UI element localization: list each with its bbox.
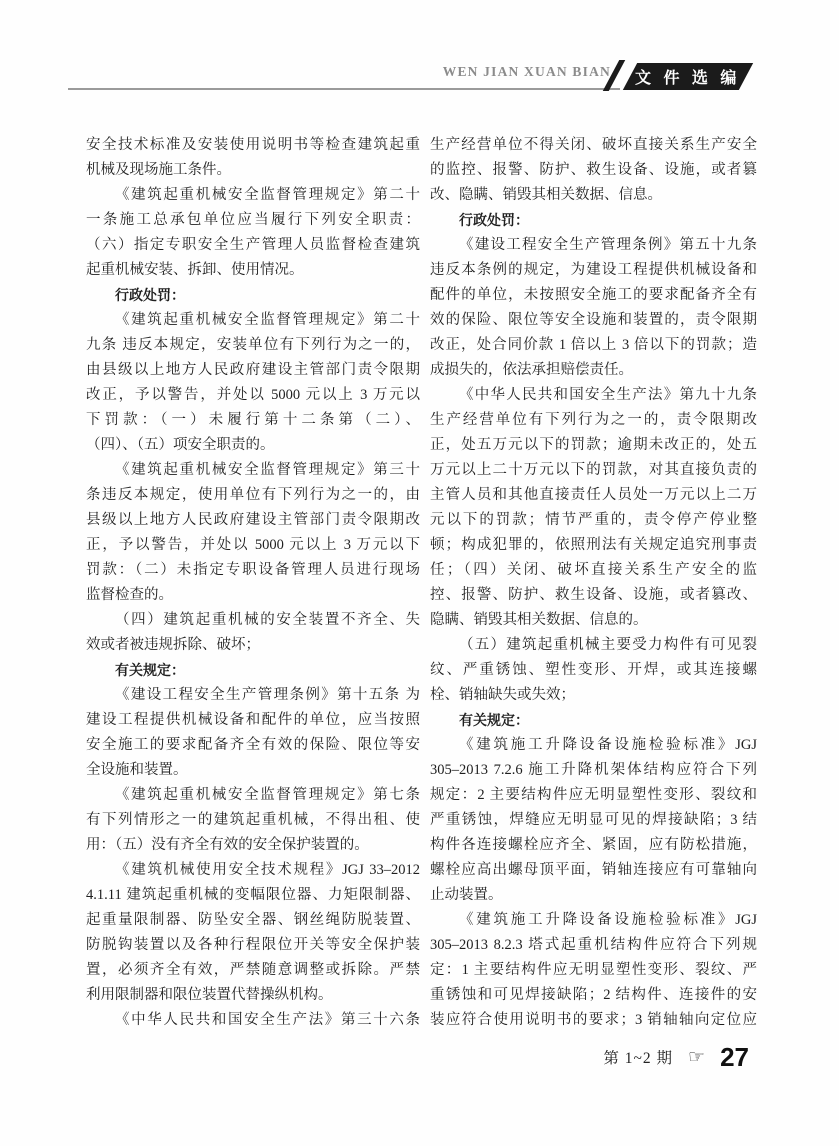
text-line: （四）建筑起重机械的安全装置不齐全、失 <box>86 608 420 633</box>
text-line: 顿；构成犯罪的，依照刑法有关规定追究刑事责 <box>430 533 757 558</box>
header-rule <box>68 88 620 90</box>
text-line: 严重锈蚀，焊缝应无明显可见的焊接缺陷；3 结 <box>430 808 757 833</box>
text-line: 起重量限制器、防坠安全器、钢丝绳防脱装置、 <box>86 908 420 933</box>
text-line: 《建筑起重机械安全监督管理规定》第七条 <box>86 783 420 808</box>
text-line: 《中华人民共和国安全生产法》第三十六条 <box>86 1008 420 1033</box>
text-line: 利用限制器和限位装置代替操纵机构。 <box>86 983 420 1008</box>
text-line: 县级以上地方人民政府建设主管部门责令限期改 <box>86 508 420 533</box>
text-line: 《建筑施工升降设备设施检验标准》JGJ <box>430 908 757 933</box>
text-line: 起重机械安装、拆卸、使用情况。 <box>86 258 420 283</box>
text-line: 构件各连接螺栓应齐全、紧固，应有防松措施， <box>430 833 757 858</box>
text-line: 效的保险、限位等安全设施和装置的，责令限期 <box>430 308 757 333</box>
text-line: 生产经营单位有下列行为之一的，责令限期改 <box>430 408 757 433</box>
text-line: 用：（五）没有齐全有效的安全保护装置的。 <box>86 833 420 858</box>
text-line: 隐瞒、销毁其相关数据、信息的。 <box>430 608 757 633</box>
text-line: 规定：2 主要结构件应无明显塑性变形、裂纹和 <box>430 783 757 808</box>
page-number: 27 <box>720 1044 749 1070</box>
text-line: 条违反本规定，使用单位有下列行为之一的，由 <box>86 483 420 508</box>
text-line: 改正，处合同价款 1 倍以上 3 倍以下的罚款；造 <box>430 333 757 358</box>
section-heading: 行政处罚： <box>86 283 420 308</box>
text-line: 安全施工的要求配备齐全有效的保险、限位等安 <box>86 733 420 758</box>
text-line: 成损失的，依法承担赔偿责任。 <box>430 358 757 383</box>
text-line: 监督检查的。 <box>86 583 420 608</box>
text-line: 安全技术标准及安装使用说明书等检查建筑起重 <box>86 133 420 158</box>
header-badge-label: 文 件 选 编 <box>635 65 740 88</box>
text-line: 重锈蚀和可见焊接缺陷；2 结构件、连接件的安 <box>430 983 757 1008</box>
text-line: （六）指定专职安全生产管理人员监督检查建筑 <box>86 233 420 258</box>
text-line: 的监控、报警、防护、救生设备、设施，或者篡 <box>430 158 757 183</box>
text-line: 违反本条例的规定，为建设工程提供机械设备和 <box>430 258 757 283</box>
text-line: 九条 违反本规定，安装单位有下列行为之一的， <box>86 333 420 358</box>
section-heading: 有关规定： <box>430 708 757 733</box>
text-line: 主管人员和其他直接责任人员处一万元以上二万 <box>430 483 757 508</box>
text-line: 栓、销轴缺失或失效； <box>430 683 757 708</box>
text-line: 由县级以上地方人民政府建设主管部门责令限期 <box>86 358 420 383</box>
text-line: 螺栓应高出螺母顶平面，销轴连接应有可靠轴向 <box>430 858 757 883</box>
text-line: 一条施工总承包单位应当履行下列安全职责： <box>86 208 420 233</box>
document-page: WEN JIAN XUAN BIAN 文 件 选 编 安全技术标准及安装使用说明… <box>0 0 839 1146</box>
text-line: 改正，予以警告，并处以 5000 元以上 3 万元以 <box>86 383 420 408</box>
text-line: 305–2013 8.2.3 塔式起重机结构件应符合下列规 <box>430 933 757 958</box>
text-line: 定：1 主要结构件应无明显塑性变形、裂纹、严 <box>430 958 757 983</box>
text-line: 元以下的罚款；情节严重的，责令停产停业整 <box>430 508 757 533</box>
pointing-hand-icon: ☞ <box>688 1048 705 1067</box>
issue-label: 第 1~2 期 <box>603 1046 673 1068</box>
text-line: 正，处五万元以下的罚款；逾期未改正的，处五 <box>430 433 757 458</box>
text-line: 《建设工程安全生产管理条例》第十五条 为 <box>86 683 420 708</box>
text-line: 有下列情形之一的建筑起重机械，不得出租、使 <box>86 808 420 833</box>
text-line: 罚款：（二）未指定专职设备管理人员进行现场 <box>86 558 420 583</box>
text-line: 装应符合使用说明书的要求；3 销轴轴向定位应 <box>430 1008 757 1033</box>
text-line: 万元以上二十万元以下的罚款，对其直接负责的 <box>430 458 757 483</box>
text-line: 《建筑机械使用安全技术规程》JGJ 33–2012 <box>86 858 420 883</box>
text-line: 配件的单位，未按照安全施工的要求配备齐全有 <box>430 283 757 308</box>
text-line: 控、报警、防护、救生设备、设施，或者篡改、 <box>430 583 757 608</box>
text-line: 4.1.11 建筑起重机械的变幅限位器、力矩限制器、 <box>86 883 420 908</box>
text-line: （五）建筑起重机械主要受力构件有可见裂 <box>430 633 757 658</box>
text-line: 《建筑起重机械安全监督管理规定》第三十 <box>86 458 420 483</box>
header-section-badge: 文 件 选 编 <box>623 63 753 90</box>
text-line: 正，予以警告，并处以 5000 元以上 3 万元以下 <box>86 533 420 558</box>
text-line: （四）、（五）项安全职责的。 <box>86 433 420 458</box>
text-line: 下罚款：（一）未履行第十二条第（二）、 <box>86 408 420 433</box>
text-line: 《建筑起重机械安全监督管理规定》第二十 <box>86 183 420 208</box>
text-line: 全设施和装置。 <box>86 758 420 783</box>
text-line: 《建筑起重机械安全监督管理规定》第二十 <box>86 308 420 333</box>
text-line: 防脱钩装置以及各种行程限位开关等安全保护装 <box>86 933 420 958</box>
text-column-right: 生产经营单位不得关闭、破坏直接关系生产安全的监控、报警、防护、救生设备、设施，或… <box>430 133 757 1033</box>
page-footer: 第 1~2 期 ☞ 27 <box>603 1044 749 1070</box>
text-line: 纹、严重锈蚀、塑性变形、开焊，或其连接螺 <box>430 658 757 683</box>
text-line: 改、隐瞒、销毁其相关数据、信息。 <box>430 183 757 208</box>
text-line: 《建筑施工升降设备设施检验标准》JGJ <box>430 733 757 758</box>
header-slogan: WEN JIAN XUAN BIAN <box>443 64 611 80</box>
text-line: 生产经营单位不得关闭、破坏直接关系生产安全 <box>430 133 757 158</box>
section-heading: 行政处罚： <box>430 208 757 233</box>
text-line: 《建设工程安全生产管理条例》第五十九条 <box>430 233 757 258</box>
text-line: 止动装置。 <box>430 883 757 908</box>
text-column-left: 安全技术标准及安装使用说明书等检查建筑起重机械及现场施工条件。《建筑起重机械安全… <box>86 133 420 1033</box>
text-line: 《中华人民共和国安全生产法》第九十九条 <box>430 383 757 408</box>
text-line: 置，必须齐全有效，严禁随意调整或拆除。严禁 <box>86 958 420 983</box>
section-heading: 有关规定： <box>86 658 420 683</box>
text-line: 机械及现场施工条件。 <box>86 158 420 183</box>
text-line: 建设工程提供机械设备和配件的单位，应当按照 <box>86 708 420 733</box>
text-line: 305–2013 7.2.6 施工升降机架体结构应符合下列 <box>430 758 757 783</box>
text-line: 任；（四）关闭、破坏直接关系生产安全的监 <box>430 558 757 583</box>
text-line: 效或者被违规拆除、破坏； <box>86 633 420 658</box>
